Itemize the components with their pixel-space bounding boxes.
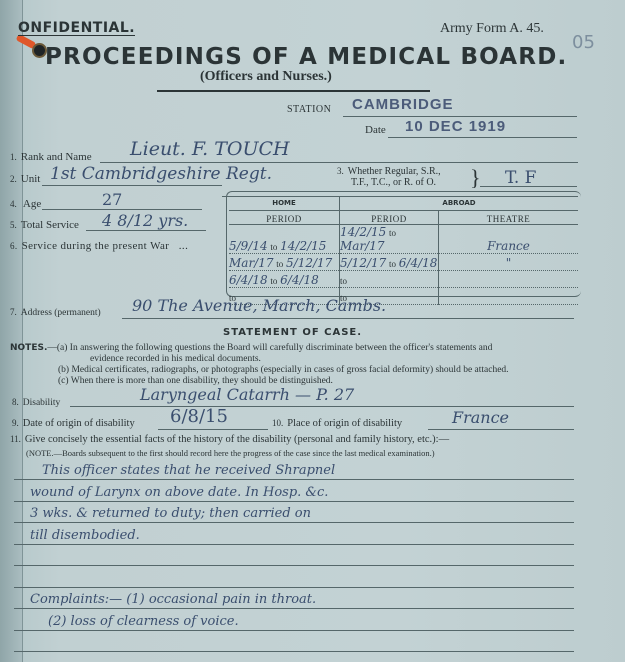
abroad-period-cell-from: 5/12/17 — [340, 256, 386, 270]
regular-label: 3.Whether Regular, S.R., T.F., T.C., or … — [337, 166, 441, 188]
theatre-value: France — [487, 239, 530, 253]
page-title: PROCEEDINGS OF A MEDICAL BOARD. — [45, 44, 567, 70]
theatre-cell: " — [439, 254, 579, 271]
unit-label: 2.Unit — [10, 173, 40, 185]
origin-place-value: France — [452, 408, 509, 427]
home-period-cell-to: 5/12/17 — [286, 256, 332, 270]
to-word: to — [389, 259, 396, 269]
address-label: 7.Address (permanent) — [10, 307, 101, 318]
ruled-line — [14, 501, 574, 502]
date-label: Date — [365, 124, 386, 136]
rank-name-label: 1.Rank and Name — [10, 151, 92, 163]
theatre-cell: France — [439, 225, 579, 254]
total-service-value: 4 8/12 yrs. — [102, 211, 188, 230]
abroad-period-cell-to: Mar/17 — [340, 239, 385, 253]
age-line — [42, 209, 202, 210]
to-word: to — [270, 242, 277, 252]
theatre-cell — [439, 271, 579, 288]
station-line — [343, 116, 577, 117]
notes-block: NOTES.—(a) In answering the following qu… — [10, 343, 509, 387]
confidential-label: ONFIDENTIAL. — [18, 22, 135, 36]
rank-name-line — [100, 162, 578, 163]
total-service-line — [86, 230, 206, 231]
home-period-header: PERIOD — [229, 211, 340, 225]
to-word: to — [340, 276, 347, 286]
statement-title: STATEMENT OF CASE. — [223, 327, 362, 338]
unit-line — [42, 185, 222, 186]
title-rule — [157, 90, 430, 92]
abroad-period-cell: 5/12/17 to 6/4/18 — [340, 254, 439, 271]
history-line-text: 3 wks. & returned to duty; then carried … — [30, 506, 311, 521]
abroad-period-cell-from: 14/2/15 — [340, 225, 386, 239]
station-label: STATION — [287, 104, 331, 115]
origin-place-label: 10.Place of origin of disability — [272, 418, 402, 429]
abroad-period-cell-to: 6/4/18 — [399, 256, 438, 270]
abroad-period-header: PERIOD — [340, 211, 439, 225]
binder-edge — [0, 0, 23, 662]
abroad-period-cell: to — [340, 271, 439, 288]
age-label: 4. Age — [10, 198, 41, 210]
theatre-cell — [439, 288, 579, 305]
history-note: (NOTE.—Boards subsequent to the first sh… — [26, 448, 435, 458]
date-stamp: 10 DEC 1919 — [405, 118, 506, 135]
regular-brace: } — [470, 165, 481, 191]
disability-label: 8.Disability — [12, 397, 60, 408]
origin-place-line — [428, 429, 574, 430]
theatre-value: " — [506, 256, 512, 270]
regular-line — [480, 186, 577, 187]
age-value: 27 — [102, 190, 122, 209]
home-period-cell-to: 14/2/15 — [280, 239, 326, 253]
service-table: HOME ABROAD PERIOD PERIOD THEATRE 5/9/14… — [229, 196, 578, 305]
history-label: 11.Give concisely the essential facts of… — [10, 434, 449, 445]
to-word: to — [389, 228, 396, 238]
history-line-text: (2) loss of clearness of voice. — [48, 614, 239, 629]
home-period-cell-from: Mar/17 — [229, 256, 274, 270]
ruled-line — [14, 608, 574, 609]
pencil-annotation: 05 — [572, 32, 595, 53]
ruled-line — [14, 651, 574, 652]
home-period-cell-from: 5/9/14 — [229, 239, 268, 253]
to-word: to — [270, 276, 277, 286]
home-period-cell: 6/4/18 to 6/4/18 — [229, 271, 340, 288]
history-line-text: till disembodied. — [30, 528, 140, 543]
abroad-period-cell: 14/2/15 to Mar/17 — [340, 225, 439, 254]
home-header: HOME — [229, 196, 340, 211]
home-period-cell-from: 6/4/18 — [229, 273, 268, 287]
page-subtitle: (Officers and Nurses.) — [200, 69, 332, 85]
army-form-number: Army Form A. 45. — [440, 21, 544, 37]
service-war-label: 6.Service during the present War ... — [10, 240, 188, 252]
home-period-cell: 5/9/14 to 14/2/15 — [229, 225, 340, 254]
origin-date-value: 6/8/15 — [170, 406, 228, 427]
form-page: ONFIDENTIAL. Army Form A. 45. 05 PROCEED… — [0, 0, 625, 662]
total-service-label: 5.Total Service — [10, 219, 79, 231]
address-value: 90 The Avenue, March, Cambs. — [132, 296, 386, 315]
date-line — [388, 137, 577, 138]
history-line-text: Complaints:— (1) occasional pain in thro… — [30, 592, 316, 607]
regular-value: T. F — [505, 168, 536, 188]
disability-value: Laryngeal Catarrh — P. 27 — [140, 385, 354, 404]
rank-name-value: Lieut. F. TOUCH — [130, 138, 290, 160]
service-row: 6/4/18 to 6/4/18 to — [229, 271, 578, 288]
ruled-line — [14, 479, 574, 480]
to-word: to — [276, 259, 283, 269]
abroad-header: ABROAD — [340, 196, 579, 211]
service-row: Mar/17 to 5/12/175/12/17 to 6/4/18" — [229, 254, 578, 271]
origin-date-label: 9.Date of origin of disability — [12, 418, 135, 429]
ruled-line — [14, 587, 574, 588]
history-line-text: This officer states that he received Shr… — [42, 463, 335, 478]
ruled-line — [14, 630, 574, 631]
home-period-cell: Mar/17 to 5/12/17 — [229, 254, 340, 271]
home-period-cell-to: 6/4/18 — [280, 273, 319, 287]
disability-line — [70, 406, 574, 407]
ruled-line — [14, 544, 574, 545]
unit-value: 1st Cambridgeshire Regt. — [50, 164, 272, 184]
history-line-text: wound of Larynx on above date. In Hosp. … — [30, 485, 328, 500]
station-stamp: CAMBRIDGE — [352, 96, 454, 113]
service-row: 5/9/14 to 14/2/1514/2/15 to Mar/17France — [229, 225, 578, 254]
address-line — [122, 318, 574, 319]
ruled-line — [14, 522, 574, 523]
origin-date-line — [158, 429, 268, 430]
ruled-line — [14, 565, 574, 566]
theatre-header: THEATRE — [439, 211, 579, 225]
